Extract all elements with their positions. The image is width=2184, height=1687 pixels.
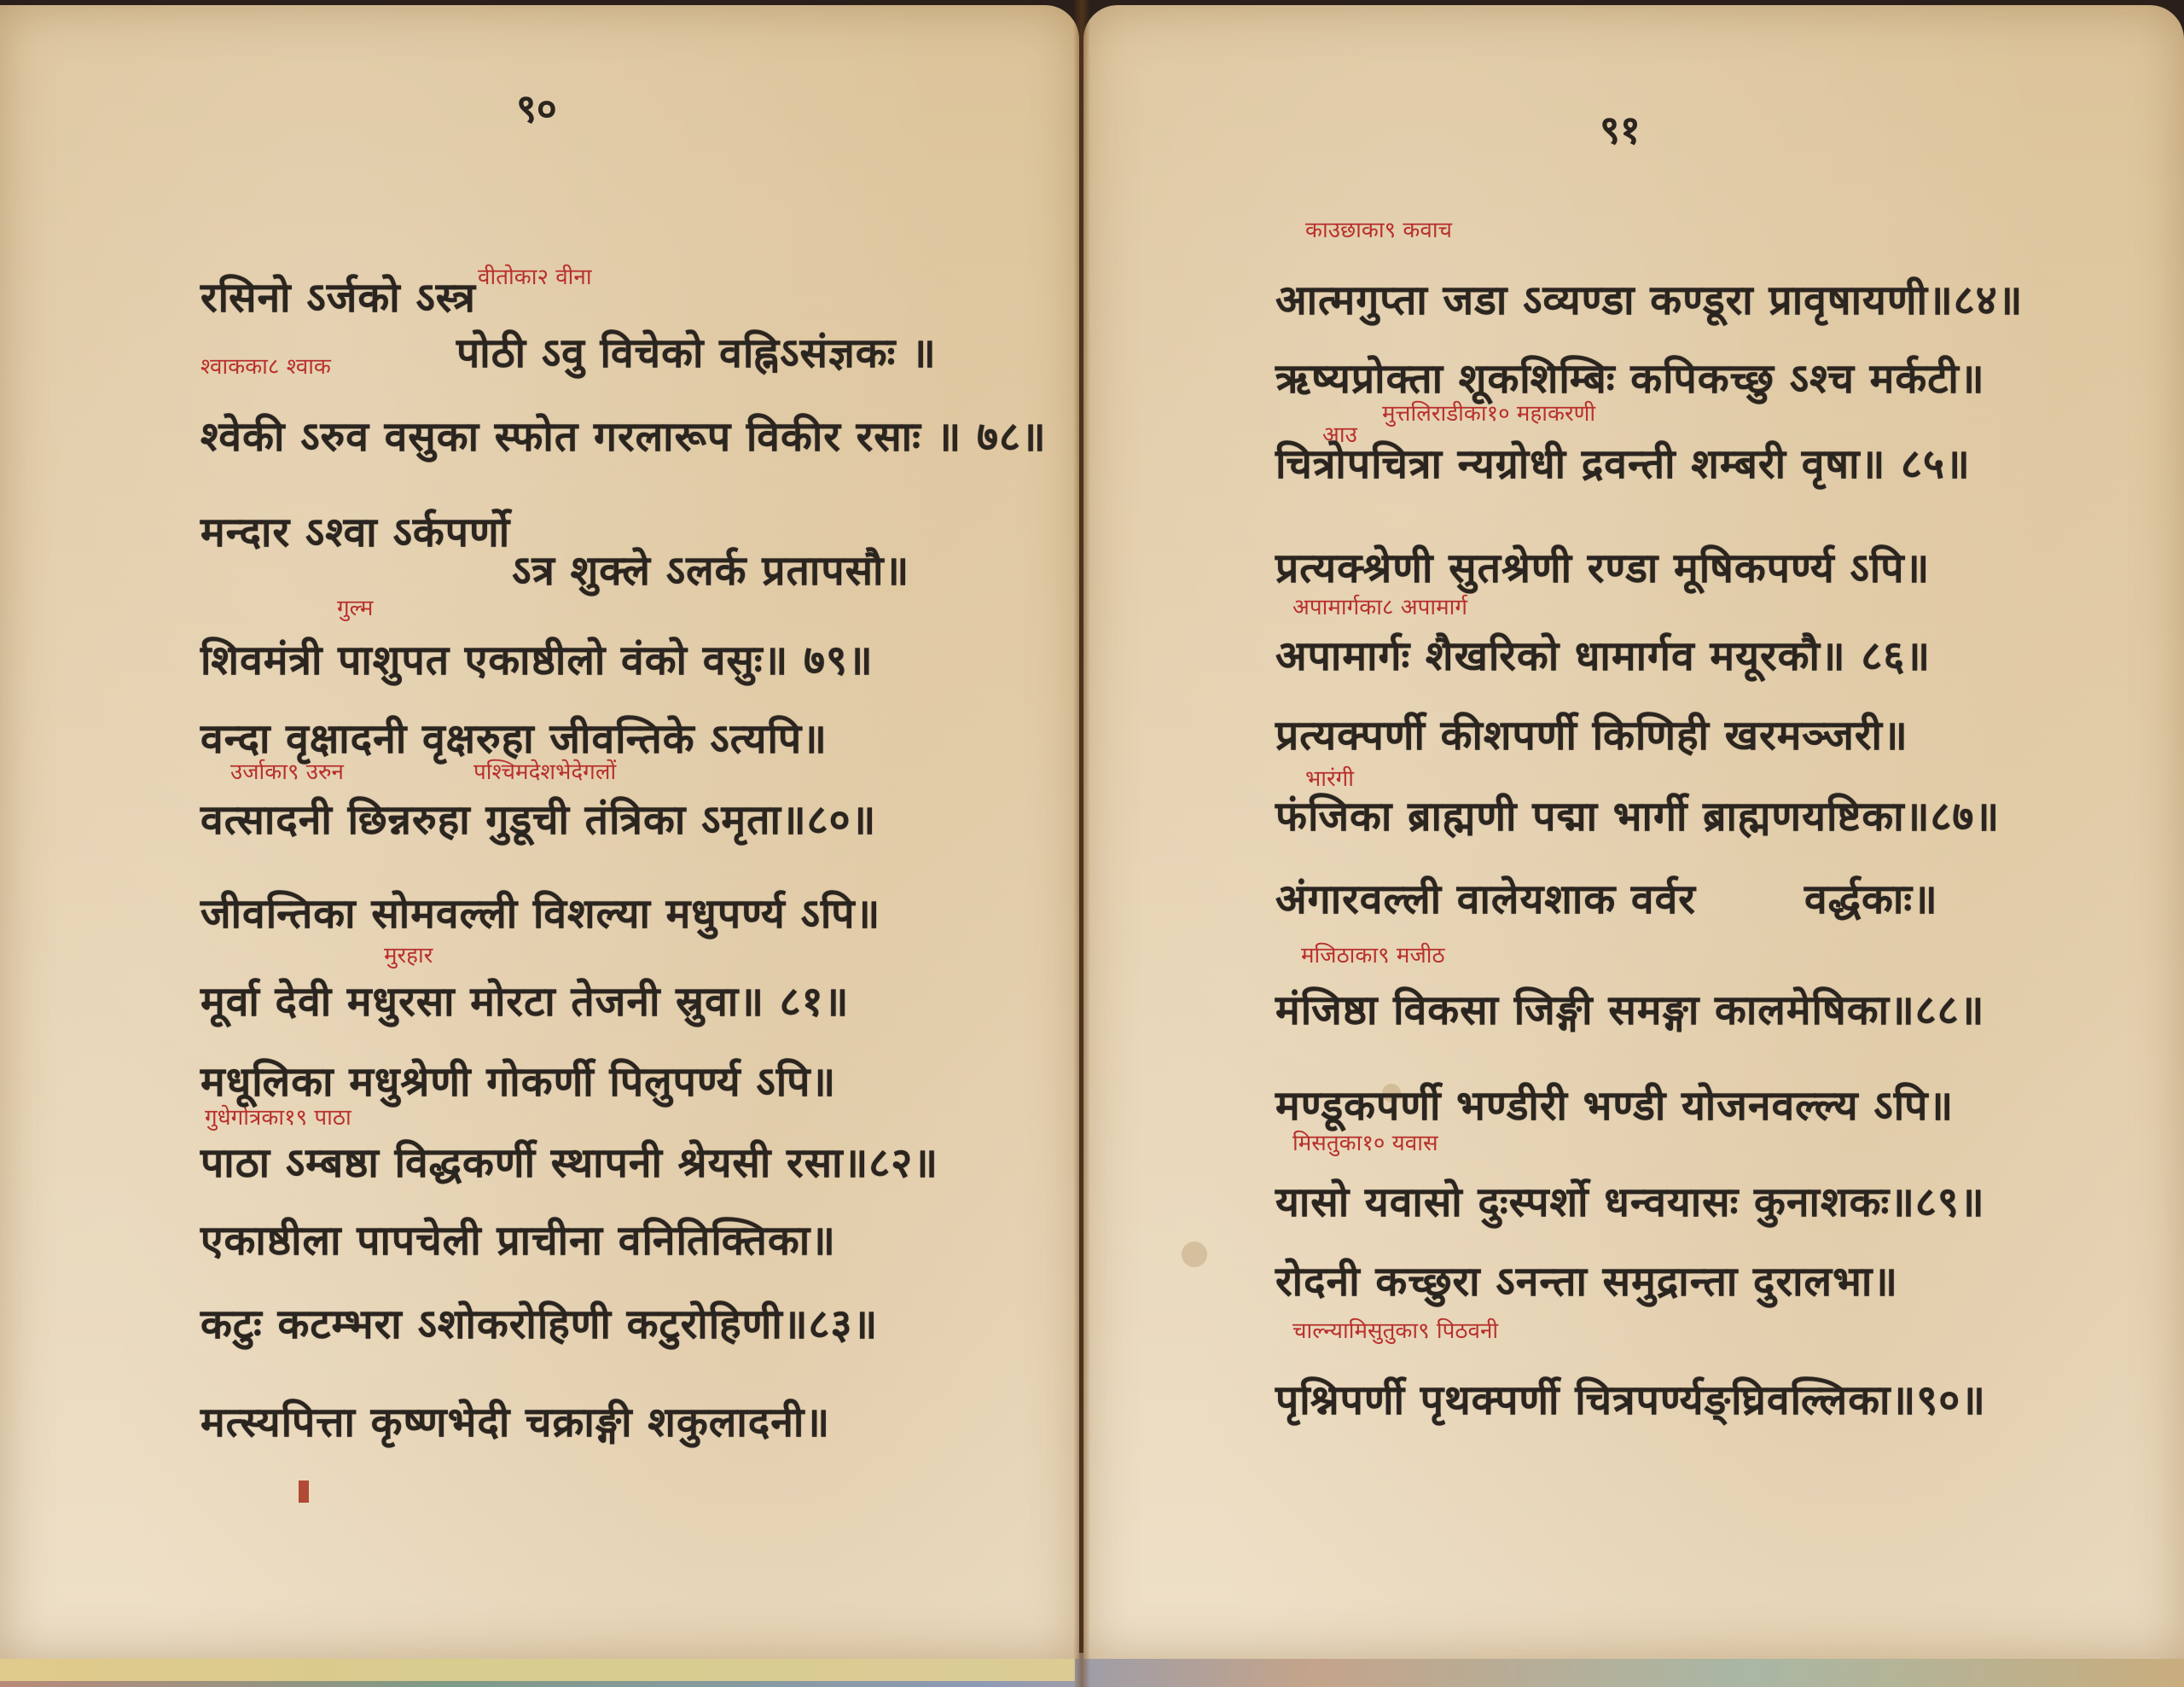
red-gloss: मजिठाका९ मजीठ <box>1301 939 1445 969</box>
verse-line: यासो यवासो दुःस्पर्शो धन्वयासः कुनाशकः॥८… <box>1275 1173 1985 1229</box>
verse-line: रोदनी कच्छुरा ऽनन्ता समुद्रान्ता दुरालभा… <box>1275 1253 1898 1308</box>
verse-line: पोठी ऽवु विचेको वह्निऽसंज्ञकः ॥ <box>456 324 937 380</box>
verse-line: कटुः कटम्भरा ऽशोकरोहिणी कटुरोहिणी॥८३॥ <box>200 1295 878 1351</box>
red-gloss: चाल्न्यामिसुतुका९ पिठवनी <box>1292 1314 1498 1345</box>
binding-gutter <box>1073 0 1090 1687</box>
verse-line: मन्दार ऽश्वा ऽर्कपर्णो <box>200 503 510 559</box>
verse-line: पाठा ऽम्बष्ठा विद्धकर्णी स्थापनी श्रेयसी… <box>200 1134 938 1190</box>
verse-line: अपामार्गः शैखरिको धामार्गव मयूरकौ॥ ८६॥ <box>1275 627 1931 683</box>
verse-line: आत्मगुप्ता जडा ऽव्यण्डा कण्डूरा प्रावृषा… <box>1275 271 2023 327</box>
red-gloss: मुरहार <box>384 939 433 969</box>
verse-line: अंगारवल्ली वालेयशाक वर्वर <box>1275 870 1696 926</box>
verse-line: श्वेकी ऽरुव वसुका स्फोत गरलारूप विकीर रस… <box>200 408 1047 463</box>
yellow-cover-edge <box>0 1655 1075 1681</box>
verse-line: वन्दा वृक्षादनी वृक्षरुहा जीवन्तिके ऽत्य… <box>200 710 828 765</box>
verse-line: प्रत्यक्श्रेणी सुतश्रेणी रण्डा मूषिकपर्ण… <box>1275 539 1930 595</box>
verse-line: शिवमंत्री पाशुपत एकाष्ठीलो वंको वसुः॥ ७९… <box>200 631 874 687</box>
verse-line: प्रत्यक्पर्णी कीशपर्णी किणिही खरमञ्जरी॥ <box>1275 707 1908 762</box>
left-page-number: ९० <box>516 81 557 134</box>
verse-line: एकाष्ठीला पापचेली प्राचीना वनितिक्तिका॥ <box>200 1212 836 1267</box>
verse-line: वर्द्धकाः॥ <box>1804 870 1938 926</box>
verse-line: ऋष्यप्रोक्ता शूकशिम्बिः कपिकच्छु ऽश्च मर… <box>1275 350 1985 405</box>
verse-line: जीवन्तिका सोमवल्ली विशल्या मधुपर्ण्य ऽपि… <box>200 885 880 940</box>
verse-line: मण्डूकपर्णी भण्डीरी भण्डी योजनवल्ल्य ऽपि… <box>1275 1077 1954 1132</box>
verse-line: मंजिष्ठा विकसा जिङ्गी समङ्गा कालमेषिका॥८… <box>1275 981 1984 1037</box>
red-ink-mark <box>299 1480 309 1503</box>
verse-line: चित्रोपचित्रा न्यग्रोधी द्रवन्ती शम्बरी … <box>1275 435 1971 491</box>
red-gloss: अपामार्गका८ अपामार्ग <box>1292 590 1467 621</box>
red-gloss: गुल्म <box>337 591 373 622</box>
verse-line: मत्स्यपित्ता कृष्णभेदी चक्राङ्गी शकुलादन… <box>200 1393 830 1449</box>
paper-stain <box>1182 1242 1207 1267</box>
red-gloss: वीतोका२ वीना <box>478 260 592 291</box>
verse-line: ऽत्र शुक्ले ऽलर्क प्रतापसौ॥ <box>512 542 909 597</box>
verse-line: पृश्निपर्णी पृथक्पर्णी चित्रपर्ण्यङ्घ्रि… <box>1275 1371 1986 1427</box>
verse-line: फंजिका ब्राह्मणी पद्मा भार्गी ब्राह्मणयष… <box>1275 788 2000 843</box>
red-gloss: श्वाकका८ श्वाक <box>200 350 331 381</box>
verse-line: मूर्वा देवी मधुरसा मोरटा तेजनी स्रुवा॥ ८… <box>200 973 849 1028</box>
right-page-number: ९१ <box>1600 102 1641 155</box>
verse-line: वत्सादनी छिन्नरुहा गुडूची तंत्रिका ऽमृता… <box>200 791 876 846</box>
open-manuscript: ९० ९१ वीतोका२ वीनाश्वाकका८ श्वाकगुल्मउर्… <box>0 0 2184 1687</box>
verse-line: मधूलिका मधुश्रेणी गोकर्णी पिलुपर्ण्य ऽपि… <box>200 1053 836 1108</box>
verse-line: रसिनो ऽर्जको ऽस्त्र <box>200 269 476 324</box>
red-gloss: काउछाका९ कवाच <box>1305 213 1452 244</box>
